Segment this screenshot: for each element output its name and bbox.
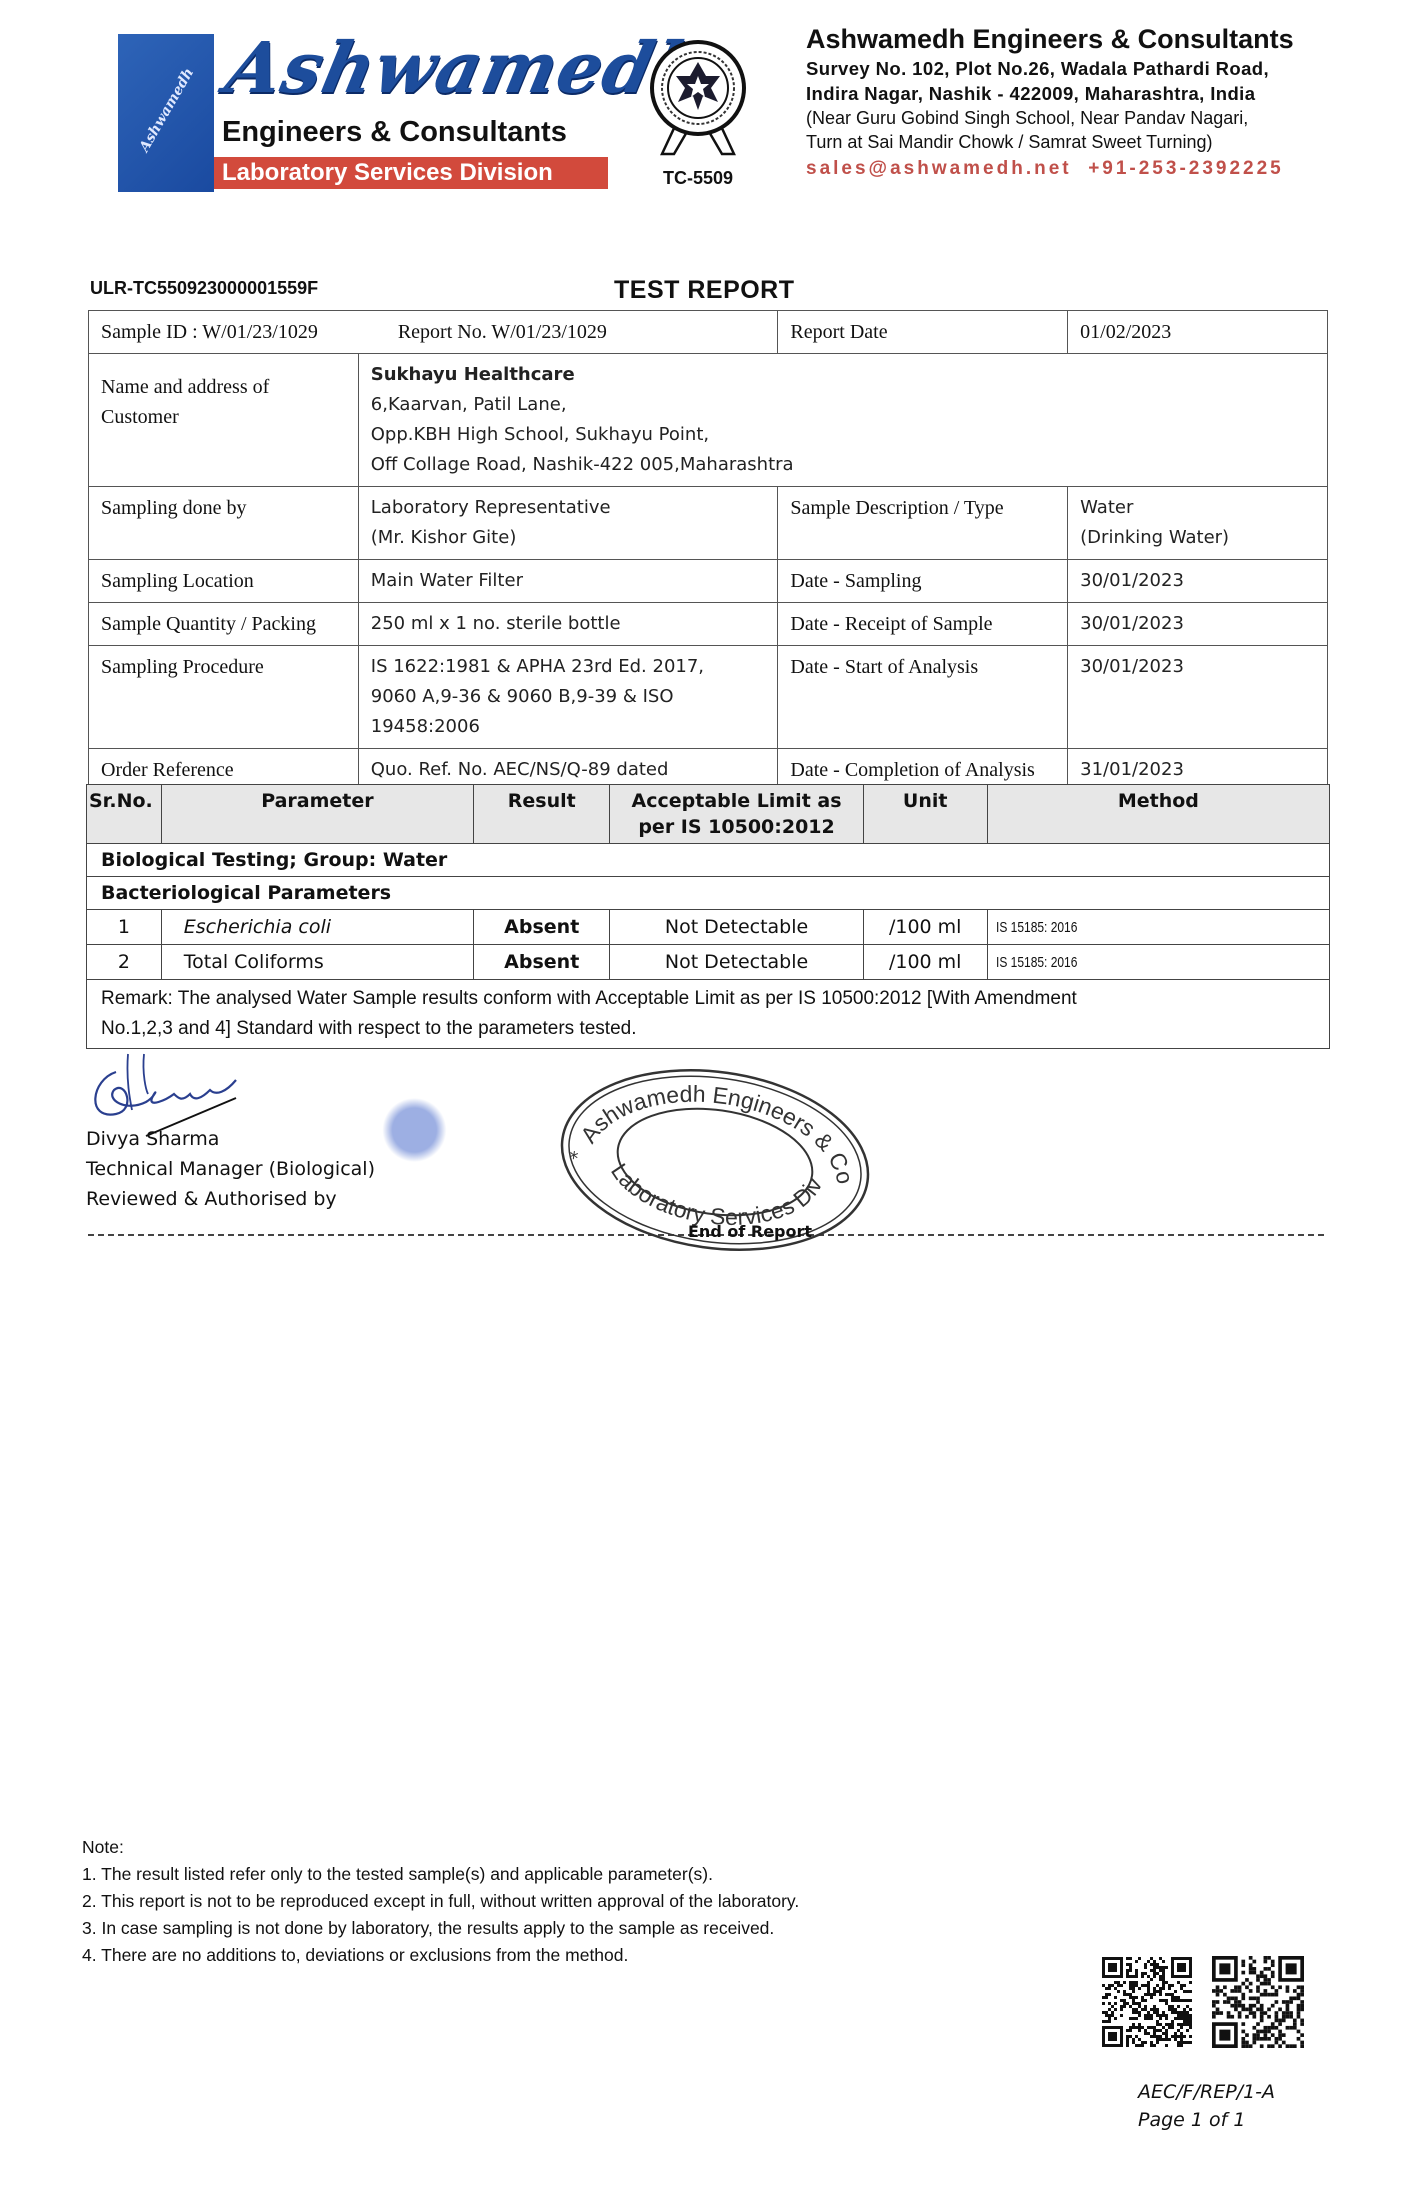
test-group: Biological Testing; Group: Water [87,844,1330,877]
customer-details: Sukhayu Healthcare 6,Kaarvan, Patil Lane… [358,354,1327,487]
logo-blue-panel: Ashwamedh [118,34,214,192]
signatory-text: Divya Sharma Technical Manager (Biologic… [86,1124,375,1214]
logo-division-band: Laboratory Services Division [214,157,608,189]
date-sampling-label: Date - Sampling [778,560,1068,603]
remark-line2: No.1,2,3 and 4] Standard with respect to… [101,1014,1315,1044]
results-header-row: Sr.No. Parameter Result Acceptable Limit… [87,785,1330,844]
procedure-line2: 9060 A,9-36 & 9060 B,9-39 & ISO [371,682,766,712]
table-row: 1 Escherichia coli Absent Not Detectable… [87,910,1330,945]
notes-heading: Note: [82,1834,799,1861]
location-label: Sampling Location [89,560,359,603]
sampling-by-label: Sampling done by [89,487,359,560]
customer-address-line2: Opp.KBH High School, Sukhayu Point, [371,420,1315,450]
date-receipt-label: Date - Receipt of Sample [778,603,1068,646]
report-title: TEST REPORT [614,276,795,305]
accreditation-code: TC-5509 [646,168,750,189]
location: Main Water Filter [358,560,778,603]
date-start-label: Date - Start of Analysis [778,646,1068,749]
col-result: Result [474,785,610,844]
date-sampling: 30/01/2023 [1068,560,1328,603]
row-result: Absent [474,945,610,980]
report-number: Report No. W/01/23/1029 [398,321,607,343]
sample-desc-line2: (Drinking Water) [1080,523,1315,553]
info-row-quantity: Sample Quantity / Packing 250 ml x 1 no.… [89,603,1328,646]
company-phone: +91-253-2392225 [1088,158,1284,179]
nabl-emblem-icon [648,36,748,166]
sample-desc: Water (Drinking Water) [1068,487,1328,560]
form-number: AEC/F/REP/1-A [1138,2078,1275,2106]
remark: Remark: The analysed Water Sample result… [87,980,1330,1049]
table-row: 2 Total Coliforms Absent Not Detectable … [87,945,1330,980]
company-info: Ashwamedh Engineers & Consultants Survey… [806,22,1366,184]
sampling-by-line1: Laboratory Representative [371,493,766,523]
row-parameter: Escherichia coli [161,910,473,945]
col-limit-line1: Acceptable Limit as [618,788,854,814]
report-date: 01/02/2023 [1068,311,1328,354]
group-row: Biological Testing; Group: Water [87,844,1330,877]
blue-seal-stamp [376,1098,472,1178]
row-result: Absent [474,910,610,945]
row-parameter: Total Coliforms [161,945,473,980]
col-limit-line2: per IS 10500:2012 [618,814,854,840]
col-limit: Acceptable Limit as per IS 10500:2012 [610,785,863,844]
col-parameter: Parameter [161,785,473,844]
page-number: Page 1 of 1 [1138,2106,1275,2134]
end-of-report: End of Report [688,1222,812,1241]
report-date-label: Report Date [778,311,1068,354]
sample-id: Sample ID : W/01/23/1029 [101,321,318,343]
row-method: IS 15185: 2016 [996,915,1077,941]
customer-address-line3: Off Collage Road, Nashik-422 005,Maharas… [371,450,1315,480]
procedure-line3: 19458:2006 [371,712,766,742]
procedure-line1: IS 1622:1981 & APHA 23rd Ed. 2017, [371,652,766,682]
customer-address-line1: 6,Kaarvan, Patil Lane, [371,390,1315,420]
info-row-procedure: Sampling Procedure IS 1622:1981 & APHA 2… [89,646,1328,749]
company-logo: Ashwamedh Ashwamedh Engineers & Consulta… [118,34,608,194]
quantity: 250 ml x 1 no. sterile bottle [358,603,778,646]
row-method: IS 15185: 2016 [996,950,1077,976]
company-address-line2: Indira Nagar, Nashik - 422009, Maharasht… [806,81,1366,106]
logo-script-text: Ashwamedh [219,26,714,109]
order-line1: Quo. Ref. No. AEC/NS/Q-89 dated [371,755,766,785]
remark-row: Remark: The analysed Water Sample result… [87,980,1330,1049]
row-method-cell: IS 15185: 2016 [987,945,1329,980]
quantity-label: Sample Quantity / Packing [89,603,359,646]
sample-info-table: Sample ID : W/01/23/1029 Report No. W/01… [88,310,1328,822]
qr-code-icon[interactable] [1212,1952,1304,2052]
info-row-customer: Name and address of Customer Sukhayu Hea… [89,354,1328,487]
sample-desc-label: Sample Description / Type [778,487,1068,560]
customer-name: Sukhayu Healthcare [371,360,1315,390]
procedure: IS 1622:1981 & APHA 23rd Ed. 2017, 9060 … [358,646,778,749]
signatory-name: Divya Sharma [86,1124,375,1154]
row-unit: /100 ml [863,910,987,945]
company-contact: sales@ashwamedh.net +91-253-2392225 [806,154,1366,184]
row-unit: /100 ml [863,945,987,980]
col-unit: Unit [863,785,987,844]
company-address-line4: Turn at Sai Mandir Chowk / Samrat Sweet … [806,130,1366,154]
note-item: 4. There are no additions to, deviations… [82,1942,799,1969]
note-item: 2. This report is not to be reproduced e… [82,1888,799,1915]
form-info: AEC/F/REP/1-A Page 1 of 1 [1138,2078,1275,2134]
sampling-by: Laboratory Representative (Mr. Kishor Gi… [358,487,778,560]
date-start: 30/01/2023 [1068,646,1328,749]
note-item: 3. In case sampling is not done by labor… [82,1915,799,1942]
remark-line1: Remark: The analysed Water Sample result… [101,984,1315,1014]
logo-subtitle: Engineers & Consultants [222,116,567,149]
results-table: Sr.No. Parameter Result Acceptable Limit… [86,784,1330,1049]
sample-id-cell: Sample ID : W/01/23/1029 Report No. W/01… [89,311,778,354]
signatory-role: Reviewed & Authorised by [86,1184,375,1214]
svg-text:*: * [567,1148,579,1170]
row-method-cell: IS 15185: 2016 [987,910,1329,945]
logo-side-text: Ashwamedh [137,65,198,154]
notes: Note: 1. The result listed refer only to… [82,1834,799,1969]
row-srno: 2 [87,945,162,980]
company-email[interactable]: sales@ashwamedh.net [806,158,1072,179]
row-limit: Not Detectable [610,945,863,980]
info-row-ids: Sample ID : W/01/23/1029 Report No. W/01… [89,311,1328,354]
row-limit: Not Detectable [610,910,863,945]
procedure-label: Sampling Procedure [89,646,359,749]
data-matrix-code-icon[interactable] [1102,1952,1192,2052]
ulr-number: ULR-TC550923000001559F [90,278,318,299]
note-item: 1. The result listed refer only to the t… [82,1861,799,1888]
col-method: Method [987,785,1329,844]
info-row-location: Sampling Location Main Water Filter Date… [89,560,1328,603]
sample-desc-line1: Water [1080,493,1315,523]
accreditation-mark: TC-5509 [646,36,750,196]
customer-label: Name and address of Customer [89,354,359,487]
col-srno: Sr.No. [87,785,162,844]
company-name: Ashwamedh Engineers & Consultants [806,22,1366,56]
signatory-designation: Technical Manager (Biological) [86,1154,375,1184]
company-address-line1: Survey No. 102, Plot No.26, Wadala Patha… [806,56,1366,81]
test-subgroup: Bacteriological Parameters [87,877,1330,910]
sampling-by-line2: (Mr. Kishor Gite) [371,523,766,553]
company-address-line3: (Near Guru Gobind Singh School, Near Pan… [806,106,1366,130]
subgroup-row: Bacteriological Parameters [87,877,1330,910]
info-row-sampling: Sampling done by Laboratory Representati… [89,487,1328,560]
date-receipt: 30/01/2023 [1068,603,1328,646]
row-srno: 1 [87,910,162,945]
